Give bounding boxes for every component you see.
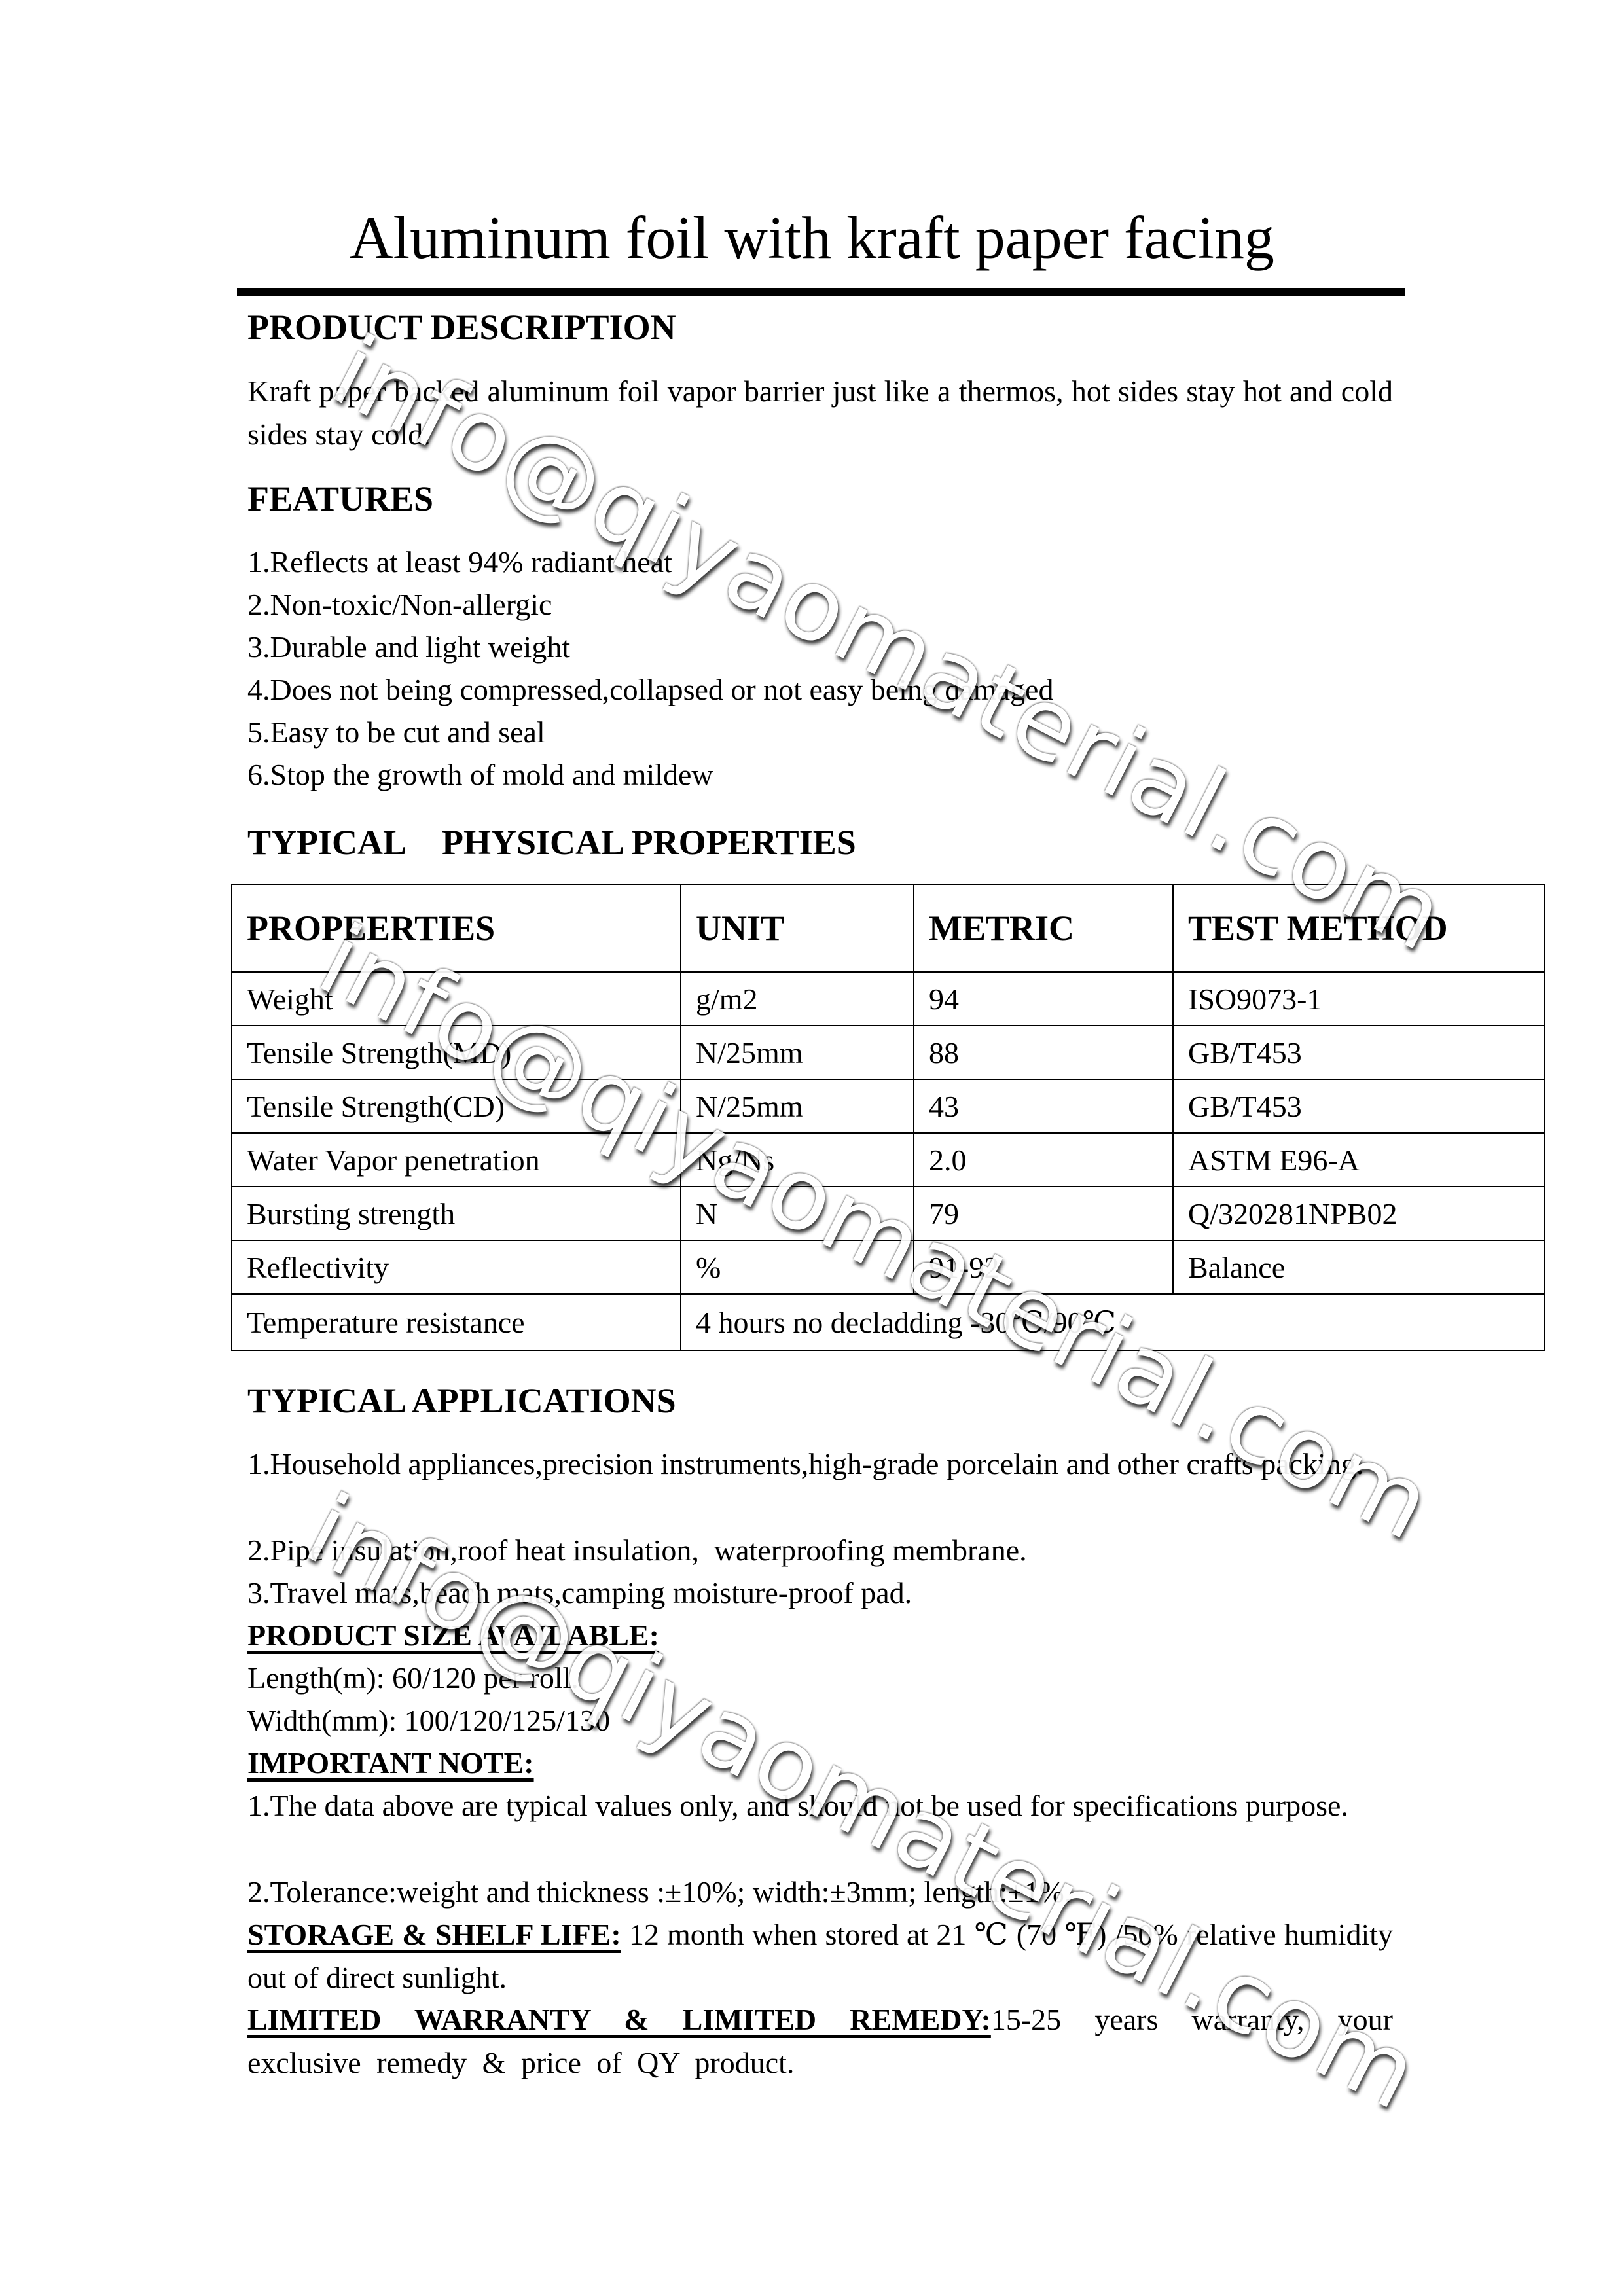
important-note-heading: IMPORTANT NOTE: <box>247 1742 534 1784</box>
feature-item: 5.Easy to be cut and seal <box>247 711 545 753</box>
product-size-heading: PRODUCT SIZE AVAILABLE: <box>247 1614 659 1657</box>
table-header-row: PROPEERTIES UNIT METRIC TEST METHOD <box>232 884 1545 972</box>
cell-property: Tensile Strength(CD) <box>232 1079 681 1133</box>
application-item: 3.Travel mats,beach mats,camping moistur… <box>247 1571 912 1614</box>
table-row: Tensile Strength(MD) N/25mm 88 GB/T453 <box>232 1026 1545 1079</box>
cell-metric: 91-92 <box>914 1240 1173 1294</box>
feature-item: 2.Non-toxic/Non-allergic <box>247 583 552 626</box>
table-row: Bursting strength N 79 Q/320281NPB02 <box>232 1187 1545 1240</box>
cell-unit: Ng/Ns <box>681 1133 914 1187</box>
document-page: Aluminum foil with kraft paper facing PR… <box>0 0 1624 2296</box>
feature-item: 3.Durable and light weight <box>247 626 570 668</box>
cell-test-method: ISO9073-1 <box>1173 972 1545 1026</box>
cell-test-method: GB/T453 <box>1173 1026 1545 1079</box>
cell-property: Bursting strength <box>232 1187 681 1240</box>
column-header-test-method: TEST METHOD <box>1173 884 1545 972</box>
cell-test-method: Balance <box>1173 1240 1545 1294</box>
note-item: 1.The data above are typical values only… <box>247 1784 1393 1827</box>
table-row-temperature: Temperature resistance 4 hours no declad… <box>232 1294 1545 1350</box>
product-description-heading: PRODUCT DESCRIPTION <box>247 306 676 348</box>
cell-property: Reflectivity <box>232 1240 681 1294</box>
feature-item: 4.Does not being compressed,collapsed or… <box>247 668 1053 711</box>
note-item: 2.Tolerance:weight and thickness :±10%; … <box>247 1871 1072 1913</box>
cell-test-method: Q/320281NPB02 <box>1173 1187 1545 1240</box>
cell-unit: N/25mm <box>681 1026 914 1079</box>
table-row: Tensile Strength(CD) N/25mm 43 GB/T453 <box>232 1079 1545 1133</box>
cell-metric: 88 <box>914 1026 1173 1079</box>
application-item: 1.Household appliances,precision instrum… <box>247 1443 1393 1486</box>
product-description-text: Kraft paper backed aluminum foil vapor b… <box>247 370 1393 456</box>
cell-test-method: ASTM E96-A <box>1173 1133 1545 1187</box>
cell-metric: 2.0 <box>914 1133 1173 1187</box>
table-row: Reflectivity % 91-92 Balance <box>232 1240 1545 1294</box>
cell-unit: % <box>681 1240 914 1294</box>
cell-property: Tensile Strength(MD) <box>232 1026 681 1079</box>
cell-unit: N/25mm <box>681 1079 914 1133</box>
table-row: Weight g/m2 94 ISO9073-1 <box>232 972 1545 1026</box>
column-header-properties: PROPEERTIES <box>232 884 681 972</box>
size-length: Length(m): 60/120 per roll. <box>247 1657 579 1699</box>
feature-item: 6.Stop the growth of mold and mildew <box>247 753 713 796</box>
cell-unit: g/m2 <box>681 972 914 1026</box>
cell-property: Temperature resistance <box>232 1294 681 1350</box>
cell-metric: 94 <box>914 972 1173 1026</box>
cell-metric: 43 <box>914 1079 1173 1133</box>
column-header-unit: UNIT <box>681 884 914 972</box>
cell-property: Water Vapor penetration <box>232 1133 681 1187</box>
cell-metric: 79 <box>914 1187 1173 1240</box>
physical-properties-table: PROPEERTIES UNIT METRIC TEST METHOD Weig… <box>231 884 1545 1351</box>
page-title: Aluminum foil with kraft paper facing <box>0 202 1624 274</box>
storage-heading: STORAGE & SHELF LIFE: <box>247 1918 621 1951</box>
column-header-metric: METRIC <box>914 884 1173 972</box>
application-item: 2.Pipe insulation,roof heat insulation, … <box>247 1529 1027 1571</box>
physical-properties-heading: TYPICAL PHYSICAL PROPERTIES <box>247 821 856 863</box>
features-heading: FEATURES <box>247 478 433 520</box>
table-row: Water Vapor penetration Ng/Ns 2.0 ASTM E… <box>232 1133 1545 1187</box>
cell-temperature-value: 4 hours no decladding -30℃/90℃ <box>681 1294 1545 1350</box>
cell-property: Weight <box>232 972 681 1026</box>
storage-shelf-life: STORAGE & SHELF LIFE: 12 month when stor… <box>247 1913 1393 2000</box>
limited-warranty: LIMITED WARRANTY & LIMITED REMEDY:15-25 … <box>247 1998 1393 2085</box>
warranty-heading: LIMITED WARRANTY & LIMITED REMEDY: <box>247 2003 991 2036</box>
feature-item: 1.Reflects at least 94% radiant heat <box>247 541 672 583</box>
typical-applications-heading: TYPICAL APPLICATIONS <box>247 1380 676 1422</box>
cell-unit: N <box>681 1187 914 1240</box>
size-width: Width(mm): 100/120/125/130 <box>247 1699 610 1742</box>
cell-test-method: GB/T453 <box>1173 1079 1545 1133</box>
title-divider <box>237 288 1405 296</box>
